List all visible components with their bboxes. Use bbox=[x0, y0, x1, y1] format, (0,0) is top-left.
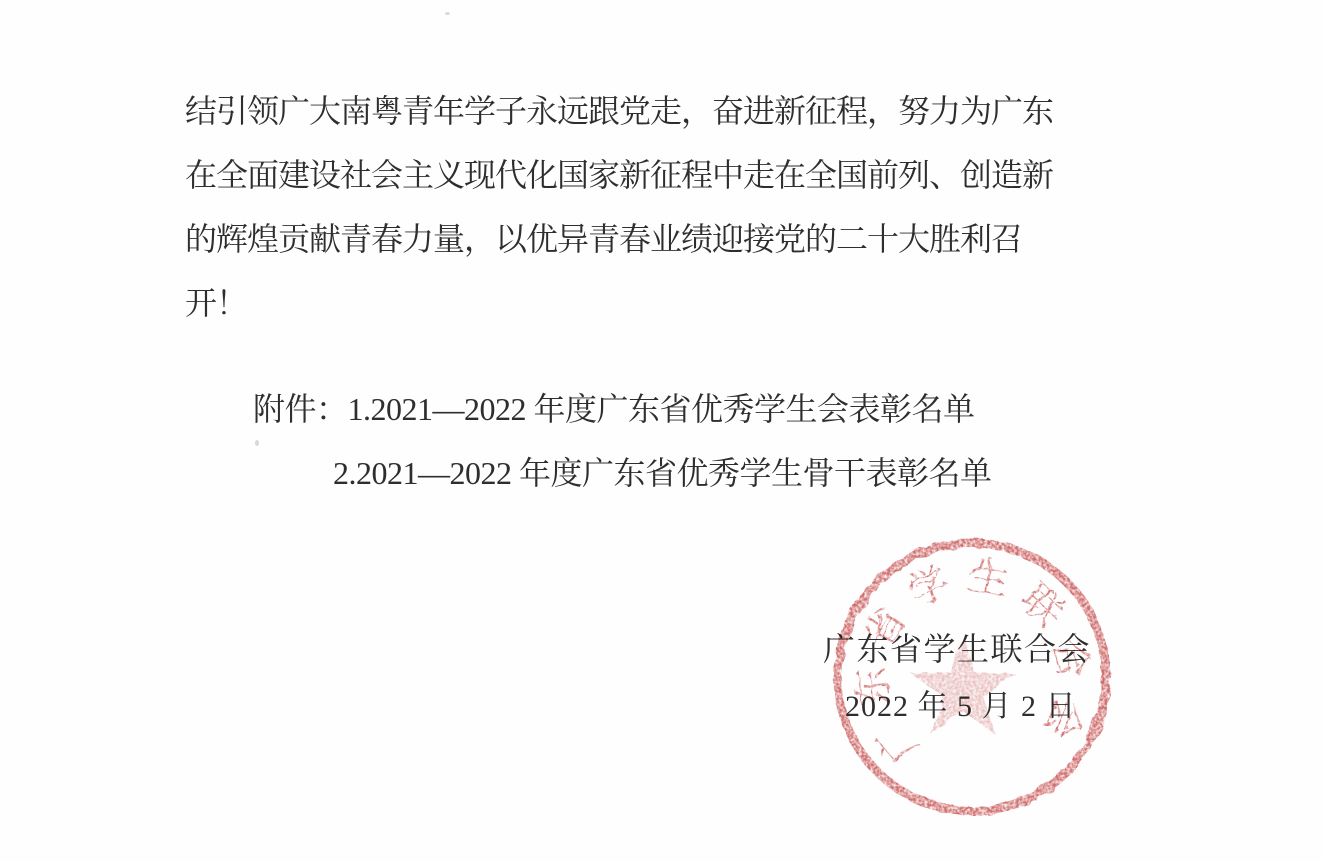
star-icon bbox=[911, 635, 1016, 735]
svg-text:生: 生 bbox=[965, 553, 1012, 604]
svg-text:东: 东 bbox=[848, 665, 897, 709]
body-text-line: 在全面建设社会主义现代化国家新征程中走在全国前列、创造新 bbox=[185, 159, 1053, 191]
body-text-line: 结引领广大南粤青年学子永远跟党走，奋进新征程，努力为广东 bbox=[185, 95, 1053, 127]
svg-text:会: 会 bbox=[1034, 691, 1092, 746]
body-text-line: 的辉煌贡献青春力量，以优异青春业绩迎接党的二十大胜利召 bbox=[185, 223, 1022, 255]
official-seal-stamp: 广东省学生联合会 bbox=[822, 527, 1122, 827]
body-text-line: 开！ bbox=[185, 287, 247, 319]
seal-text-ring: 广东省学生联合会 bbox=[848, 553, 1096, 772]
svg-text:学: 学 bbox=[901, 558, 956, 616]
attachment-item: 2.2021—2022 年度广东省优秀学生骨干表彰名单 bbox=[333, 457, 992, 489]
scan-speck bbox=[255, 440, 259, 446]
attachment-item: 附件：1.2021—2022 年度广东省优秀学生会表彰名单 bbox=[253, 393, 975, 425]
scanned-document-page: 结引领广大南粤青年学子永远跟党走，奋进新征程，努力为广东 在全面建设社会主义现代… bbox=[0, 0, 1322, 861]
scan-speck bbox=[445, 12, 450, 15]
svg-text:合: 合 bbox=[1045, 635, 1097, 683]
svg-text:省: 省 bbox=[856, 599, 915, 656]
